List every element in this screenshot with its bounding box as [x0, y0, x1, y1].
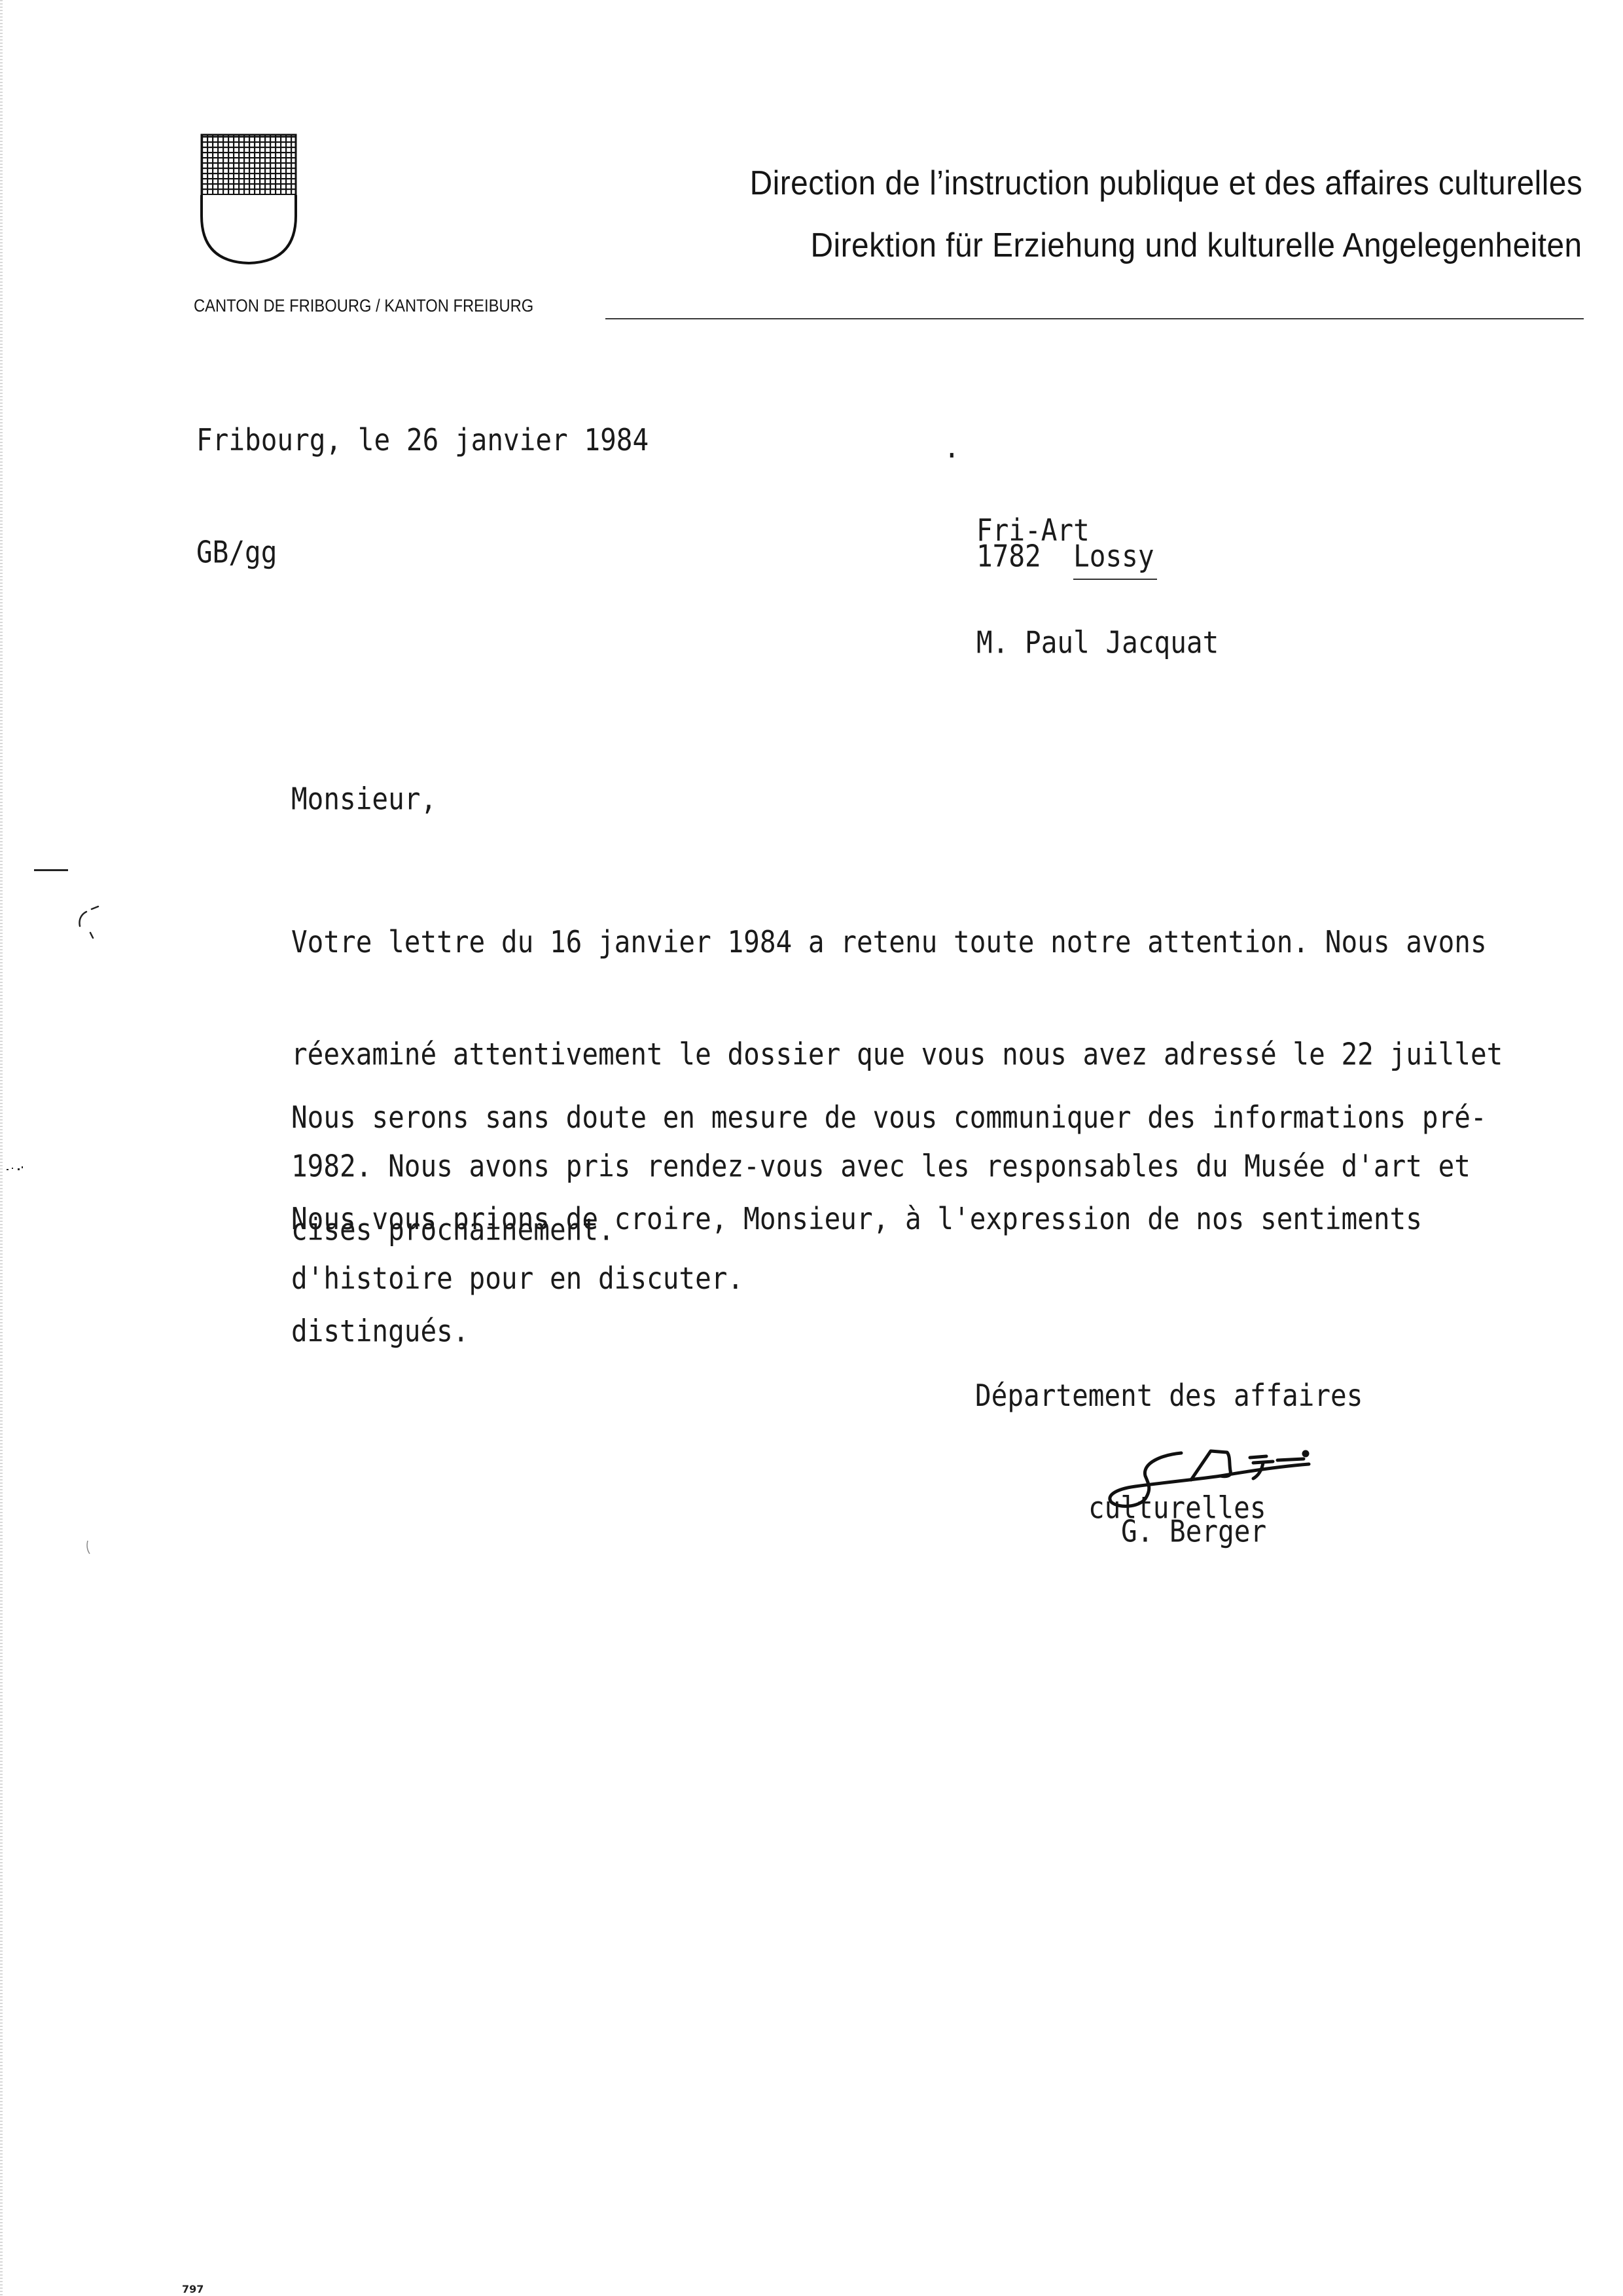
recipient-bullet: ·: [944, 437, 960, 475]
paragraph-line: Nous vous prions de croire, Monsieur, à …: [291, 1200, 1422, 1238]
date-reference-block: Fribourg, le 26 janvier 1984 GB/gg: [196, 347, 649, 609]
heading-french: Direction de l’instruction publique et d…: [749, 164, 1582, 203]
recipient-city-line: 1782 Lossy: [976, 538, 1154, 575]
canton-label: CANTON DE FRIBOURG / KANTON FREIBURG: [194, 296, 533, 316]
signature-icon: [1106, 1443, 1315, 1515]
city: Lossy: [1073, 539, 1154, 574]
margin-specks: [3, 1164, 23, 1170]
salutation: Monsieur,: [291, 781, 437, 818]
archive-page-number: 797: [182, 2283, 204, 2295]
heading-german: Direktion für Erziehung und kulturelle A…: [811, 226, 1582, 265]
margin-dash-mark: [34, 869, 68, 871]
margin-tick-mark: [85, 1538, 92, 1558]
scan-edge: [0, 0, 3, 2296]
recipient-name: M. Paul Jacquat: [959, 624, 1219, 662]
reference-initials: GB/gg: [196, 534, 649, 571]
department-line-1: Département des affaires: [975, 1377, 1363, 1414]
paragraph-line: Votre lettre du 16 janvier 1984 a retenu…: [291, 924, 1503, 961]
fribourg-coat-of-arms-icon: [196, 131, 301, 268]
place-date: Fribourg, le 26 janvier 1984: [196, 422, 649, 459]
city-underline: [1073, 579, 1157, 580]
postal-code: 1782: [976, 539, 1041, 574]
letterhead-rule: [605, 318, 1584, 319]
signer-name: G. Berger: [1121, 1513, 1266, 1551]
margin-curve-mark: [72, 900, 118, 946]
